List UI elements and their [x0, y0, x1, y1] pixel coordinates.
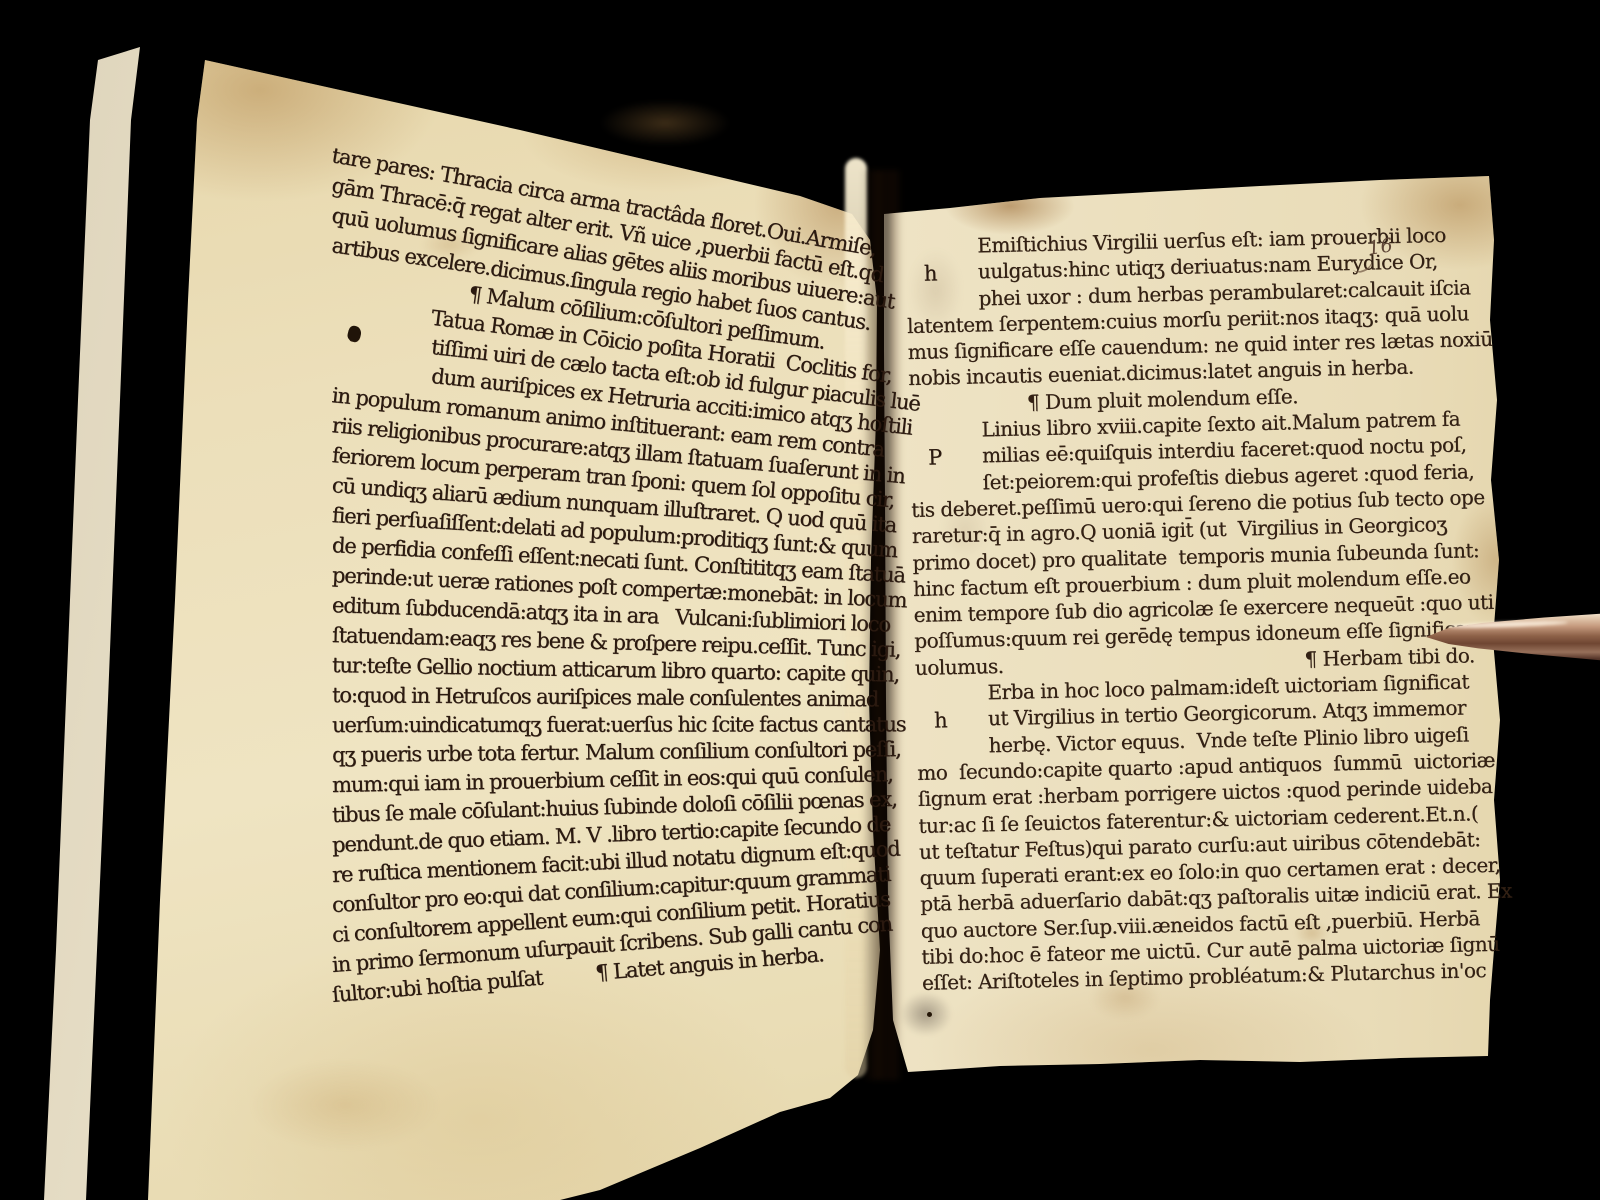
- book-photo: tare pares: Thracia circa arma tractâda …: [0, 0, 1600, 1200]
- margin-guide-letter: h: [924, 261, 938, 285]
- margin-guide-letter: h: [934, 708, 948, 732]
- ink-dot: [927, 1012, 932, 1017]
- left-page-text: tare pares: Thracia circa arma tractâda …: [332, 140, 877, 1010]
- right-page-text: h P h Emiſtichius Virgilii uerſus eſt: i…: [905, 221, 1482, 996]
- folio-number: 16: [1366, 234, 1394, 260]
- stain: [900, 992, 952, 1036]
- stain: [250, 1060, 440, 1150]
- margin-guide-letter: P: [928, 445, 942, 469]
